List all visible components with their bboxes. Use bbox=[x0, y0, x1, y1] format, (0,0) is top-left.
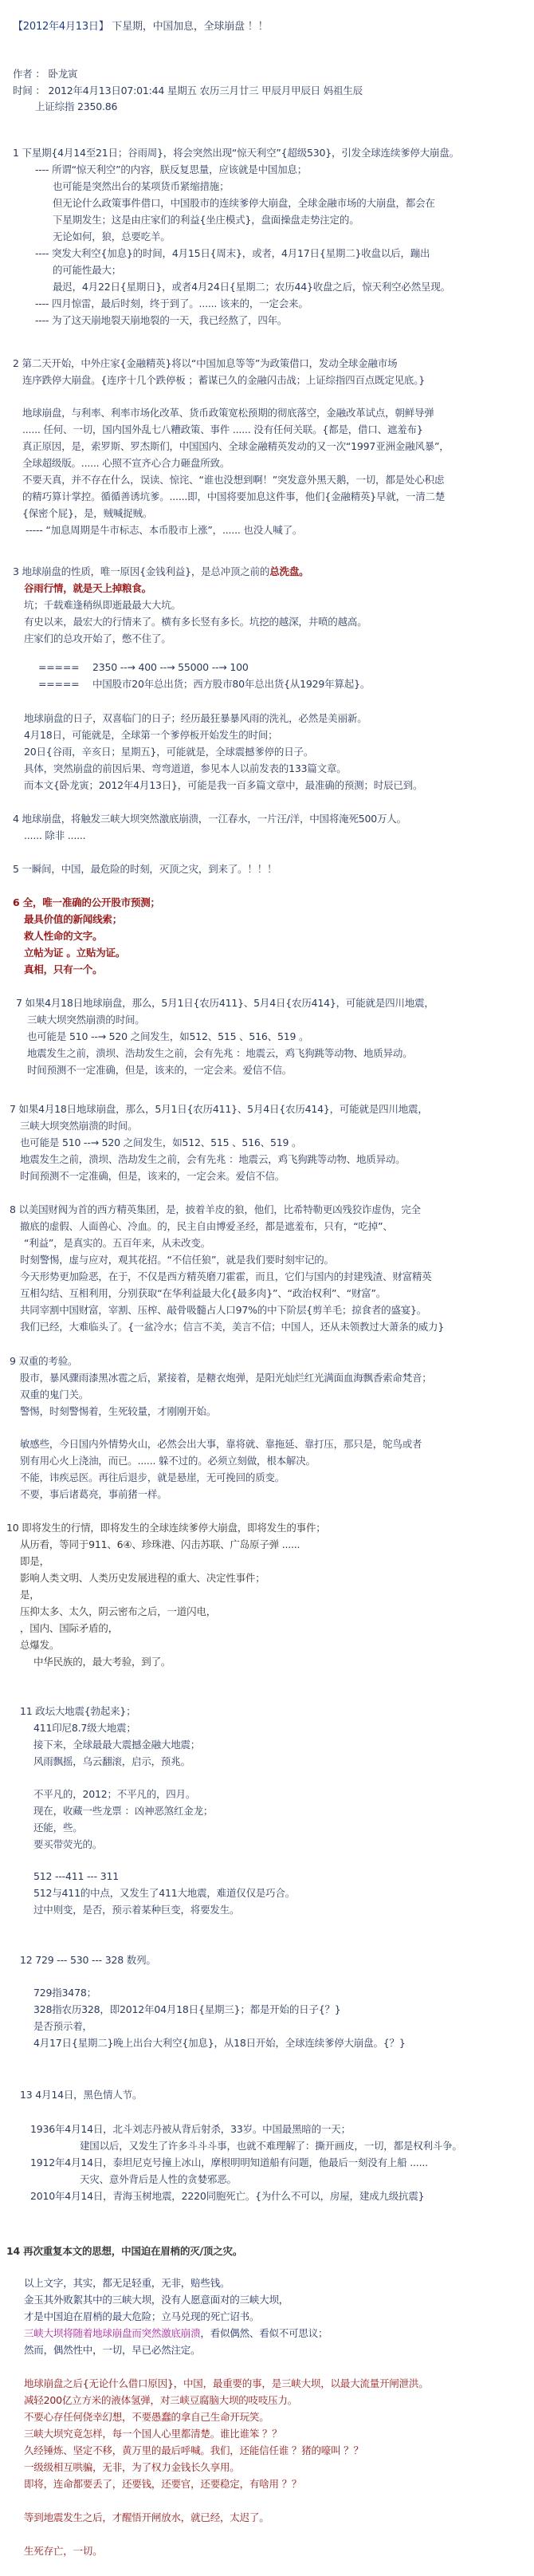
paragraph-line: 以上文字，其实，都无足轻重，无非，赔些钱。 bbox=[24, 2275, 230, 2292]
paragraph-line: 512与411的中点，又发生了411大地震，难道仅仅是巧合。 bbox=[33, 1885, 295, 1902]
title-date: 【2012年4月13日】 bbox=[13, 21, 109, 33]
warning-line: 地球崩盘之后{无论什么借口原因}，中国，最重要的事，是三峡大坝，以最大流量开闸泄… bbox=[24, 2376, 429, 2393]
article-title: 【2012年4月13日】 下星期，中国加息，全球崩盘 ！！ bbox=[13, 19, 268, 36]
paragraph-line: 风雨飘摇，乌云翻滚，启示，预兆。 bbox=[33, 1754, 190, 1771]
section-heading: 7 如果4月18日地球崩盘，那么，5月1日{农历411}、5月4日{农历414}… bbox=[16, 995, 434, 1012]
section-heading: 4 地球崩盘，将触发三峡大坝突然激底崩溃，一江春水，一片汪/洋，中国将淹死500… bbox=[13, 811, 406, 828]
paragraph-line: 撤底的虚假、人面兽心、冷血。的，民主自由博爱圣经，都是遮羞布，只有，“吃掉”、 bbox=[20, 1219, 393, 1235]
paragraph-line: 具体，突然崩盘的前因后果、弯弯道道，参见本人以前发表的133篇文章。 bbox=[24, 761, 347, 778]
paragraph-line: 股市，暴风骤雨漆黑冰雹之后，紧接着，是糖衣炮弹，是阳光灿烂红光满面血海飘香索命梵… bbox=[20, 1370, 432, 1387]
warning-line: 生死存亡，一切。 bbox=[24, 2543, 102, 2560]
paragraph-line: 建国以后，又发生了许多斗斗斗事，也就不难理解了：撕开画皮，一切，都是权利斗争。 bbox=[80, 2138, 462, 2155]
paragraph-line: 是， bbox=[20, 1587, 40, 1604]
paragraph-line: ---- 所谓“惊天利空”的内容，朕反复思量，应该就是中国加息； bbox=[35, 162, 307, 179]
paragraph-line: 2010年4月14日，青海玉树地震，2220同胞死亡。{为什么不可以，房屋，建成… bbox=[30, 2188, 424, 2205]
paragraph-line: 411印尼8.7级大地震； bbox=[33, 1720, 136, 1737]
paragraph-line: 全球超级版。...... 心照不宣齐心合力砸盘所致。 bbox=[22, 455, 230, 472]
highlight-line: 谷雨行情，就是天上掉粮食。 bbox=[24, 581, 151, 597]
equation-line: =====中国股市20年总出货；西方股市80年总出货{从1929年算起}。 bbox=[38, 676, 370, 693]
author-line: 作者 ： 卧龙寅 bbox=[13, 66, 77, 83]
article: 【2012年4月13日】 下星期，中国加息，全球崩盘 ！！ 作者 ： 卧龙寅 时… bbox=[0, 0, 534, 2576]
paragraph-line: 也可能是突然出台的某项货币紧缩措施； bbox=[53, 179, 229, 195]
paragraph-line: {保密个屁}，是，贼喊捉贼。 bbox=[22, 506, 152, 522]
paragraph-line: “利益”，是真实的。五百年来，从未改变。 bbox=[24, 1235, 210, 1252]
paragraph-line: 连序跌停大崩盘。{连序十几个跌停板 ；蓄谋已久的金融闪击战；上证综指四百点既定见… bbox=[22, 372, 425, 389]
paragraph-line: 即是， bbox=[20, 1554, 49, 1570]
equation-line: =====2350 --→ 400 --→ 55000 --→ 100 bbox=[38, 660, 249, 676]
section-heading: 6 全，唯一准确的公开股市预测； bbox=[13, 895, 160, 912]
paragraph-line: 要买带荧光的。 bbox=[33, 1837, 102, 1853]
paragraph-line: 不要，事后诸葛亮，事前猪一样。 bbox=[20, 1487, 167, 1503]
section-heading: 14 再次重复本文的思想，中国迫在眉梢的灭/顶之灾。 bbox=[6, 2243, 242, 2260]
paragraph-line: 别有用心火上浇油，而已。...... 躲不过的。必须立刻做，根本解决。 bbox=[20, 1453, 316, 1470]
paragraph-line: 还能，些。 bbox=[33, 1820, 83, 1837]
paragraph-line: 328指农历328，即2012年04月18日{星期三}；都是开始的日子{？} bbox=[33, 2002, 341, 2019]
paragraph-line: ...... 任何、一切，国内国外乱七八糟政策、事件 ...... 没有任何关联… bbox=[22, 422, 423, 439]
section-heading: 8 以美国财阀为首的西方精英集团，是，披着羊皮的狼，他们，比希特勒更凶残狡诈虚伪… bbox=[10, 1202, 421, 1219]
paragraph-line: 但无论什么政策事件借口，中国股市的连续爹停大崩盘，全球金融市场的大崩盘，都会在 bbox=[53, 195, 435, 212]
paragraph-line: 也可能是 510 --→ 520 之间发生，如512、515 、516、519 … bbox=[27, 1029, 308, 1046]
paragraph-line: 过中则变，是否，预示着某种巨变，将要发生。 bbox=[33, 1902, 239, 1919]
section-heading: 3 地球崩盘的性质，唯一原因{金钱利益}，是总冲顶之前的总洗盘。 bbox=[13, 564, 308, 581]
paragraph-line: 是否预示着， bbox=[33, 2019, 92, 2035]
paragraph-line: 从历看，等同于911、6④、珍珠港、闪击苏联、广岛原子弹 ...... bbox=[20, 1537, 300, 1554]
paragraph-line: 才是中国迫在眉梢的最大危险；立马兑现的死亡诏书。 bbox=[24, 2309, 259, 2326]
paragraph-line: 不要天真，并不存在什么，误读、惊诧、“谁也没想到啊！”突发意外黑天鹅，一切，都是… bbox=[22, 472, 444, 489]
section-heading: 1 下星期{4月14至21日；谷雨周}，将会突然出现“惊天利空”{超级530}，… bbox=[13, 145, 459, 162]
paragraph-line: 而本文{卧龙寅；2012年4月13日}，可能是我一百多篇文章中，最准确的预测；时… bbox=[24, 778, 422, 794]
paragraph-line: 互相勾结、互相利用，分别获取“在华利益最大化{最多肉}”、“政治权利”、“财富”… bbox=[20, 1286, 386, 1302]
paragraph-line: 地球崩盘的日子，双喜临门的日子；经历最狂暴暴风雨的洗礼，必然是美丽新。 bbox=[24, 711, 367, 727]
paragraph-line: 敏感些，今日国内外情势火山，必然会出大事，靠将就、靠拖延、靠打压，那只是，鸵鸟或… bbox=[20, 1436, 422, 1453]
section-heading: 9 双重的考验。 bbox=[10, 1353, 77, 1370]
paragraph-line: 压抑太多、太久，阴云密布之后，一道闪电， bbox=[20, 1604, 216, 1621]
title-text: 下星期，中国加息，全球崩盘 ！！ bbox=[109, 21, 269, 33]
paragraph-line: 双重的鬼门关。 bbox=[20, 1387, 88, 1404]
paragraph-line: 无论如何，狼，总要吃羊。 bbox=[53, 229, 171, 246]
index-line: 上证综指 2350.86 bbox=[35, 99, 117, 116]
paragraph-line: 三峡大坝突然崩溃的时间。 bbox=[27, 1012, 145, 1029]
paragraph-line: 20日{谷雨，辛亥日；星期五}，可能就是，全球震撼爹停的日子。 bbox=[24, 744, 313, 761]
paragraph-line: 不平凡的，2012；不平凡的，四月。 bbox=[33, 1786, 195, 1803]
paragraph-line: ...... 除非 ...... bbox=[24, 828, 85, 845]
paragraph-line: 我们已经，大难临头了。{一盆冷水；信言不美，美言不信；中国人，还从未领教过大萧条… bbox=[20, 1319, 444, 1336]
section-heading: 10 即将发生的行情，即将发生的全球连续爹停大崩盘，即将发生的事件； bbox=[6, 1520, 326, 1537]
paragraph-line: 今天形势更加险恶，在于，不仅是西方精英磨刀霍霍，而且，它们与国内的封建残渣、财富… bbox=[20, 1269, 432, 1286]
paragraph-line: 总爆发。 bbox=[20, 1637, 59, 1654]
paragraph-line: 不能，讳疾忌医。再往后退步，就是悬崖，无可挽回的质变。 bbox=[20, 1470, 285, 1487]
paragraph-line: 729指3478； bbox=[33, 1985, 96, 2002]
warning-line: 一级级相互哄骗，无非，为了权力金钱长久享用。 bbox=[24, 2460, 240, 2476]
section-5-heading: 5 一瞬间，中国，最危险的时刻，灭顶之灾，到来了。！！！ bbox=[13, 861, 277, 878]
paragraph-line: 的精巧算计掌控。循循善诱坑爹。......即，中国将要加息这件事，他们{金融精英… bbox=[22, 489, 445, 506]
warning-line: 三峡大坝究竟怎样，每一个国人心里都清楚。谁比谁笨 ？？ bbox=[24, 2426, 282, 2443]
paragraph-line: ----- “加息周期是牛市标志、本币股市上涨”，...... 也没人喊了。 bbox=[26, 522, 302, 539]
paragraph-line: 三峡大坝突然崩溃的时间。 bbox=[20, 1118, 138, 1135]
paragraph-line: 4月17日{星期二}晚上出台大利空{加息}，从18日开始，全球连续爹停大崩盘。{… bbox=[33, 2035, 406, 2052]
warning-line: 即将，连命都要丢了，还要钱，还要官，还要稳定，有啥用 ？？ bbox=[24, 2476, 301, 2493]
paragraph-line: 警惕，时刻警惕着，生死较量，才刚刚开始。 bbox=[20, 1404, 216, 1420]
warning-line: 久经锤炼、坚定不移，黄万里的最后呼喊。我们，还能信任谁 ？猪的嚎叫 ？？ bbox=[24, 2443, 363, 2460]
highlight-line: 救人性命的文字。 bbox=[24, 928, 102, 945]
paragraph-line: ---- 为了这天崩地裂天崩地裂的一天，我已经熬了，四年。 bbox=[35, 313, 287, 329]
section-heading: 13 4月14日，黑色情人节。 bbox=[20, 2087, 142, 2104]
paragraph-line: 的可能性最大； bbox=[53, 262, 121, 279]
paragraph-line: ---- 四月惊雷，最后时刻，终于到了。...... 该来的，一定会来。 bbox=[35, 296, 308, 313]
paragraph-line: 地震发生之前，溃坝、浩劫发生之前，会有先兆 ：地震云，鸡飞狗跳等动物、地质异动。 bbox=[27, 1046, 412, 1062]
highlight-line: 最具价值的新闻线索； bbox=[24, 912, 122, 928]
paragraph-line: 共同宰割中国财富，宰割、压榨、敲骨吸髓占人口97%的中下阶层{剪羊毛；掠食者的盛… bbox=[20, 1302, 426, 1319]
highlight-text: 总洗盘。 bbox=[269, 565, 308, 577]
section-heading: 11 政坛大地震{勃起来}； bbox=[20, 1704, 136, 1720]
paragraph-line: 时刻警惕，虚与应对，观其花招。“不信任狼”，就是我们要时刻牢记的。 bbox=[20, 1252, 334, 1269]
paragraph-line: 1912年4月14日，泰坦尼克号撞上冰山，摩根明明知道船有问题，他最后一刻没有上… bbox=[30, 2155, 428, 2172]
warning-line: 等到地震发生之后，才醒悟开闸放水，就已经，太迟了。 bbox=[24, 2510, 269, 2527]
paragraph-line: 有史以来，最宏大的行情来了。横有多长竖有多长。坑挖的越深，井喷的越高。 bbox=[24, 614, 367, 631]
paragraph-line: 时间预测不一定准确，但是，该来的，一定会来。爱信不信。 bbox=[27, 1062, 292, 1079]
paragraph-line: 最迟，4月22日{星期日}，或者4月24日{星期二；农历44}收盘之后，惊天利空… bbox=[53, 279, 450, 296]
time-line: 时间 ： 2012年4月13日07:01:44 星期五 农历三月廿三 甲辰月甲辰… bbox=[13, 83, 363, 100]
paragraph-line: 下星期发生；这是由庄家们的利益{坐庄模式}，盘面操盘走势注定的。 bbox=[53, 212, 359, 229]
paragraph-line: 1936年4月14日，北斗刘志丹被从背后射杀，33岁。中国最黑暗的一天； bbox=[30, 2121, 351, 2138]
paragraph-line: ---- 突发大利空{加息}的时间，4月15日{周末}，或者，4月17日{星期二… bbox=[35, 246, 430, 262]
section-heading: 2 第二天开始，中外庄家{金融精英}将以“中国加息等等”为政策借口，发动全球金融… bbox=[13, 356, 397, 372]
paragraph-line: 坑；千载难逢稍纵即逝最最大大坑。 bbox=[24, 597, 181, 614]
paragraph-line: 三峡大坝将随着地球崩盘而突然激底崩溃，看似偶然、看似不可思议； bbox=[24, 2326, 328, 2342]
paragraph-line: 接下来，全球最最大震撼金融大地震； bbox=[33, 1737, 200, 1754]
paragraph-line: 庄家们的总攻开始了，憋不住了。 bbox=[24, 631, 171, 648]
paragraph-line: 512 ---411 --- 311 bbox=[33, 1869, 119, 1885]
paragraph-line: 地球崩盘，与利率、利率市场化改革、货币政策宽松预期的彻底落空，金融改革试点，朝鲜… bbox=[22, 405, 434, 422]
paragraph-line: ，国内、国际矛盾的， bbox=[20, 1621, 118, 1637]
warning-line: 不要心存任何侥幸幻想，不要愚蠢的拿自己生命开玩笑。 bbox=[24, 2409, 269, 2426]
paragraph-line: 时间预测不一定准确，但是，该来的，一定会来。爱信不信。 bbox=[20, 1168, 285, 1185]
paragraph-line: 真正原因，是，索罗斯、罗杰斯们，中国国内、全球金融精英发动的又一次“1997亚洲… bbox=[22, 439, 450, 455]
section-heading: 12 729 --- 530 --- 328 数列。 bbox=[20, 1952, 156, 1969]
highlight-text: 三峡大坝将随着地球崩盘而突然激底崩溃 bbox=[24, 2327, 200, 2339]
paragraph-line: 地震发生之前，溃坝、浩劫发生之前，会有先兆 ：地震云，鸡飞狗跳等动物、地质异动。 bbox=[20, 1152, 405, 1168]
paragraph-line: 金玉其外败絮其中的三峡大坝，没有人愿意面对的三峡大坝， bbox=[24, 2292, 289, 2309]
section-heading: 7 如果4月18日地球崩盘，那么，5月1日{农历411}、5月4日{农历414}… bbox=[10, 1101, 428, 1118]
warning-line: 减轻200亿立方米的液体氢弹，对三峡豆腐脑大坝的吱吱压力。 bbox=[24, 2393, 297, 2409]
paragraph-line: 中华民族的，最大考验，到了。 bbox=[33, 1654, 171, 1671]
highlight-line: 真相，只有一个。 bbox=[24, 962, 102, 979]
paragraph-line: 现在，收藏一些龙票 ：凶神恶煞红金龙； bbox=[33, 1803, 213, 1820]
highlight-line: 立帖为证 。立贴为证。 bbox=[24, 945, 125, 962]
paragraph-line: 天灾、意外背后是人性的贪婪邪恶。 bbox=[80, 2172, 237, 2188]
paragraph-line: 影响人类文明、人类历史发展进程的重大、决定性事件； bbox=[20, 1570, 265, 1587]
paragraph-line: 也可能是 510 --→ 520 之间发生，如512、515 、516、519 … bbox=[20, 1135, 301, 1152]
paragraph-line: 4月18日，可能就是，全球第一个爹停板开始发生的时间； bbox=[24, 727, 277, 744]
paragraph-line: 然而，偶然性中，一切，早已必然注定。 bbox=[24, 2342, 200, 2359]
